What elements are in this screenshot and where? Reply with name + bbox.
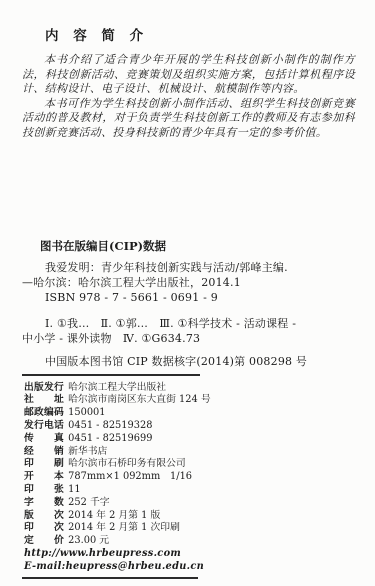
intro-heading: 内 容 简 介: [45, 27, 375, 45]
colophon-label: 经 销: [24, 446, 64, 459]
publisher-email: E-mail:heupress@hrbeu.edu.cn: [24, 561, 375, 574]
colophon-label: 版 次: [24, 510, 64, 523]
colophon-label: 传 真: [24, 433, 64, 446]
colophon-value: 新华书店: [68, 446, 107, 457]
cip-title-block: 我爱发明：青少年科技创新实践与活动/郭峰主编. —哈尔滨：哈尔滨工程大学出版社，…: [0, 260, 375, 305]
intro-paragraph-2: 本书可作为学生科技创新小制作活动、组织学生科技创新竞赛活动的普及教材，对于负责学…: [22, 97, 355, 141]
colophon-value: 2014 年 2 月第 1 版: [68, 510, 160, 521]
colophon-value: 哈尔滨工程大学出版社: [68, 382, 166, 393]
colophon-row-phone: 发行电话 0451 - 82519328: [24, 420, 375, 433]
intro-paragraphs: 本书介绍了适合青少年开展的学生科技创新小制作的制作方法，科技创新活动、竞赛策划及…: [22, 53, 355, 141]
colophon-row-postcode: 邮政编码 150001: [24, 407, 375, 420]
colophon-value: 23.00 元: [68, 535, 109, 546]
colophon-row-impression: 印 次 2014 年 2 月第 1 次印刷: [24, 522, 375, 535]
colophon-row-wordcount: 字 数 252 千字: [24, 497, 375, 510]
colophon-row-publisher: 出版发行 哈尔滨工程大学出版社: [24, 382, 375, 395]
colophon-value: 0451 - 82519328: [68, 420, 152, 431]
cip-class-line-2: 中小学 - 课外读物 Ⅳ. ①G634.73: [22, 331, 375, 346]
colophon-value: 150001: [68, 407, 105, 418]
colophon-value: 787mm×1 092mm 1/16: [68, 471, 192, 482]
publisher-website-url: http://www.hrbeupress.com: [24, 548, 375, 561]
colophon-label: 字 数: [24, 497, 64, 510]
colophon-value: 11: [68, 484, 80, 495]
colophon-label: 邮政编码: [24, 407, 64, 420]
cip-class-line-1: Ⅰ. ①我… Ⅱ. ①郭… Ⅲ. ①科学技术 - 活动课程 -: [45, 316, 375, 331]
colophon-row-address: 社 址 哈尔滨市南岗区东大直街 124 号: [24, 394, 375, 407]
colophon-label: 社 址: [24, 394, 64, 407]
separator-rule-top: [22, 374, 200, 376]
colophon-value: 哈尔滨市南岗区东大直街 124 号: [68, 394, 211, 405]
cip-classification-block: Ⅰ. ①我… Ⅱ. ①郭… Ⅲ. ①科学技术 - 活动课程 - 中小学 - 课外…: [0, 316, 375, 346]
cip-heading: 图书在版编目(CIP)数据: [40, 238, 375, 254]
colophon-row-edition: 版 次 2014 年 2 月第 1 版: [24, 510, 375, 523]
colophon-label: 印 次: [24, 522, 64, 535]
colophon-label: 定 价: [24, 535, 64, 548]
colophon-row-sheets: 印 张 11: [24, 484, 375, 497]
cip-isbn: ISBN 978 - 7 - 5661 - 0691 - 9: [45, 290, 375, 305]
colophon-label: 印 刷: [24, 458, 64, 471]
colophon-row-fax: 传 真 0451 - 82519699: [24, 433, 375, 446]
colophon-value: 252 千字: [68, 497, 109, 508]
colophon-value: 哈尔滨市石桥印务有限公司: [68, 458, 186, 469]
colophon-value: 2014 年 2 月第 1 次印刷: [68, 522, 180, 533]
colophon-label: 发行电话: [24, 420, 64, 433]
colophon-label: 印 张: [24, 484, 64, 497]
colophon-row-printer: 印 刷 哈尔滨市石桥印务有限公司: [24, 458, 375, 471]
cip-title-line-2: —哈尔滨：哈尔滨工程大学出版社，2014.1: [22, 275, 375, 290]
cip-title-line-1: 我爱发明：青少年科技创新实践与活动/郭峰主编.: [45, 260, 375, 275]
colophon-label: 开 本: [24, 471, 64, 484]
colophon-row-format: 开 本 787mm×1 092mm 1/16: [24, 471, 375, 484]
colophon: 出版发行 哈尔滨工程大学出版社 社 址 哈尔滨市南岗区东大直街 124 号 邮政…: [0, 382, 375, 574]
cip-record-number: 中国版本图书馆 CIP 数据核字(2014)第 008298 号: [45, 355, 375, 369]
colophon-row-price: 定 价 23.00 元: [24, 535, 375, 548]
book-copyright-page: 内 容 简 介 本书介绍了适合青少年开展的学生科技创新小制作的制作方法，科技创新…: [0, 0, 375, 586]
colophon-value: 0451 - 82519699: [68, 433, 152, 444]
intro-paragraph-1: 本书介绍了适合青少年开展的学生科技创新小制作的制作方法，科技创新活动、竞赛策划及…: [22, 53, 355, 97]
separator-rule-bottom: [22, 577, 198, 579]
colophon-row-distributor: 经 销 新华书店: [24, 446, 375, 459]
colophon-label: 出版发行: [24, 382, 64, 395]
